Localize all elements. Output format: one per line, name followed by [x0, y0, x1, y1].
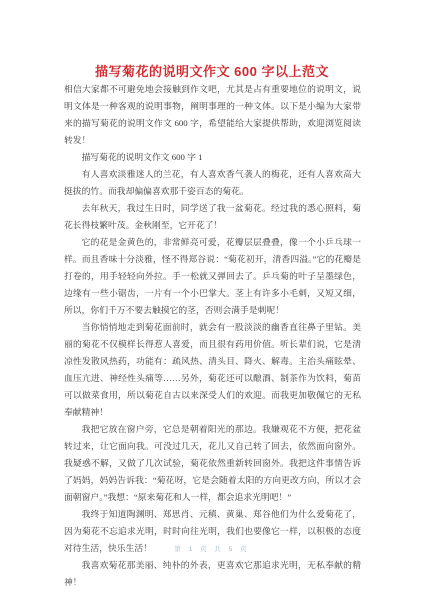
- paragraph: 我把它放在窗户旁，它总是朝着阳光的那边。我嫌观花不方便，把花盆转过来，让它面向我…: [64, 421, 361, 506]
- document-body: 相信大家都不可避免地会接触到作文吧，尤其是占有重要地位的说明文，说明文体是一种客…: [64, 81, 361, 591]
- paragraph: 它的花是金黄色的，非常鲜亮可爱，花瓣层层叠叠，像一个小乒乓球一样。而且香味十分淡…: [64, 234, 361, 319]
- section-heading: 描写菊花的说明文作文 600 字 1: [64, 149, 361, 166]
- page-number-footer: 第 1 页 共 5 页: [0, 544, 424, 553]
- paragraph: 我喜欢菊花那美丽、纯朴的外表，更喜欢它那追求光明，无私奉献的精神！: [64, 557, 361, 591]
- paragraph: 有人喜欢淡雅迷人的兰花，有人喜欢香气袭人的梅花，还有人喜欢高大挺拔的竹。而我却偏…: [64, 166, 361, 200]
- intro-paragraph: 相信大家都不可避免地会接触到作文吧，尤其是占有重要地位的说明文，说明文体是一种客…: [64, 81, 361, 149]
- paragraph: 当你悄悄地走到菊花面前时，就会有一股淡淡的幽香直往鼻子里钻。美丽的菊花不仅模样长…: [64, 319, 361, 421]
- document-page: 描写菊花的说明文作文 600 字以上范文 相信大家都不可避免地会接触到作文吧，尤…: [0, 0, 424, 600]
- paragraph: 去年秋天，我过生日时，同学送了我一盆菊花。经过我的悉心照料，菊花长得枝繁叶茂。金…: [64, 200, 361, 234]
- page-title: 描写菊花的说明文作文 600 字以上范文: [0, 61, 424, 80]
